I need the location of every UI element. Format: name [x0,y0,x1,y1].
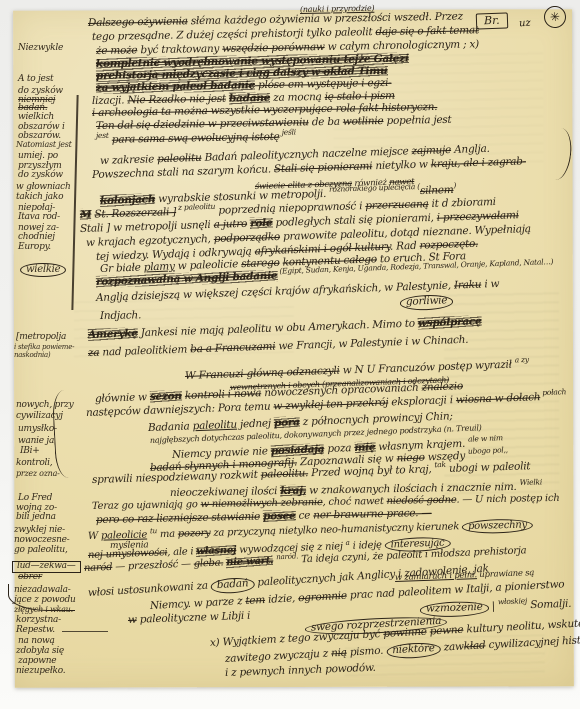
text-segment: głównie w [95,391,150,405]
text-segment: w niemożliwych zebranie [200,497,322,510]
text-segment: paleolitu. [261,467,309,480]
text-segment: cywilizacyj [16,411,63,421]
handwriting-line: gorliwie [400,294,454,310]
text-segment: zajmuje [411,144,451,157]
text-segment: wotlinie [343,115,384,128]
text-segment: x) [469,38,479,50]
text-segment: daje się o fakt temat [375,24,479,38]
handwriting-layer: Br. uz ✳ (nauki i przyrodzie)Dalszego oż… [0,0,580,709]
text-segment: Dalszego ożywienia [88,15,188,29]
text-segment: że może [96,44,138,57]
text-segment: wszędzie porównaw [222,41,325,55]
text-segment: ogromnie [298,590,347,605]
text-segment: pero co raz liczniejsze stawianie [96,511,260,526]
margin-note: niezupełko. [16,667,65,677]
margin-note: [metropolja [16,333,66,343]
text-segment: wiosna w dołach [456,391,541,406]
text-segment: M [80,209,92,221]
text-segment: kultury neolitu, wskutek [463,617,580,636]
text-segment: poza [324,442,354,455]
handwriting-line: i z pewnych innych powodów. [225,663,376,680]
text-segment: i archeologia [92,106,158,119]
text-segment: gleba. [194,557,224,569]
text-segment: w zwykłej ten przekrój [273,396,388,412]
text-segment: IBi+ [20,446,40,456]
text-segment: kraju, ale i zagrab- [431,155,527,170]
text-segment: niego [396,451,425,464]
margin-note: bili jedna [16,513,56,523]
text-segment: nad paleolitkiem [99,343,190,358]
text-segment: na nową [18,636,55,646]
text-segment: gorliwie [400,294,454,310]
text-segment: naród [84,562,113,574]
text-segment: St. Rozszerzali ] [94,206,176,221]
text-segment: sprawili niespodziewany rozkwit [92,469,261,486]
text-segment: ce [295,509,313,521]
text-segment: tak [434,460,446,469]
text-segment: pozory [178,528,211,540]
text-segment: [metropolja [16,332,66,342]
text-segment: połach [540,388,566,398]
text-segment: starego [241,257,280,270]
text-segment: znalezio [421,380,463,393]
text-segment: jące z powodu [14,595,76,605]
margin-note: Niezwykle [18,44,63,54]
text-segment: wielkich [18,112,54,122]
text-segment: i ideję [349,540,384,552]
text-segment: jeśli [279,128,296,137]
text-segment: Somalji. [527,598,572,612]
handwriting-line: w paleolityczne w Libji i [128,611,251,627]
text-segment: własnej [196,545,236,557]
margin-note: kontroli, [16,459,52,469]
text-segment: nią [331,647,347,660]
text-segment: przez ozna- [16,469,60,478]
text-segment: ma [157,529,178,541]
text-segment: Wielki [520,478,543,487]
text-segment: Repestw. [16,625,55,635]
text-segment: ner brawurne prace. — [313,507,432,521]
handwriting-line: jest para sama swą ewolucyjną istotę jeś… [96,132,296,147]
text-segment: N U Francuzów postęp wyraził [354,358,515,376]
text-segment: niektóre [386,642,441,659]
text-segment: w całym chronologicznym ; [325,38,470,53]
text-segment: , choć nawet [323,496,387,508]
text-segment: Itava rod- [18,212,60,222]
margin-note: naskodnia) [14,352,50,360]
text-segment: nieoczekiwanej ilości [170,485,281,499]
text-segment: badań [211,577,255,594]
text-segment: różnorakiego uplecięcia ( [329,182,420,194]
text-segment: podporządko [214,231,281,245]
text-segment: współpracę [418,315,482,329]
text-segment: posee [263,510,296,523]
text-segment: Anglja. [451,143,490,156]
text-segment: zwykłej nie- [14,525,65,535]
text-segment: Przed wojną był to kraj, [308,463,435,479]
text-segment: niezadawala- [14,585,71,595]
text-segment: kontroli i nowa [185,387,262,402]
text-segment: zaw [440,640,464,653]
text-segment: lizacji. [92,94,128,107]
text-segment: A to jest [18,74,53,84]
text-segment: chodniej [18,232,55,242]
margin-note: przez ozna- [16,470,60,479]
margin-note: Repestw. [16,626,55,636]
text-segment: idzie, [265,592,299,606]
text-segment: za [88,347,100,359]
text-segment: eksploracji i [388,394,456,408]
text-segment: Lo Fred [18,493,52,503]
text-segment: jest [96,131,109,140]
text-segment: plamy [144,260,175,273]
margin-note: do zysków [18,171,63,181]
text-segment: za przyczyną nietylko neo-humanistyczny … [210,521,462,539]
text-segment: role [250,217,273,230]
handwriting-line: Indjach. [100,310,141,322]
margin-note: nowych, przy [16,401,73,411]
footnote-separator [62,631,108,632]
text-segment: tem [245,594,265,607]
margin-note: Natomiast jest [16,141,72,150]
text-segment: powinne [383,626,427,640]
text-segment: niedość godne [387,495,457,507]
text-segment: niezupełko. [16,666,65,676]
margin-note: obrer [18,573,42,583]
text-segment: a jutro [213,218,247,231]
text-segment: Wypełniają [474,223,531,237]
text-segment: nietylko w [372,158,431,172]
text-segment: przerzucaną [365,198,429,212]
margin-note: cywilizacyj [16,412,63,422]
margin-note: IBi+ [20,447,40,457]
text-segment: | [488,600,498,612]
text-segment: a [345,538,349,547]
text-segment: Ten dał się dziedzinie w przeciwstawieni… [96,116,309,132]
margin-rule [71,95,78,310]
text-segment: Iraku [454,279,482,292]
text-segment: it d zbiorami [428,196,496,210]
text-segment: z paleolitu [176,202,216,212]
text-segment: obrer [18,572,42,582]
text-segment: i w [481,278,499,291]
text-segment: włoskiej [498,597,527,607]
text-segment: de ba [309,116,343,129]
text-segment: ta można wszystkie [158,104,263,118]
text-segment: Gr białe [100,261,144,275]
text-segment: pora [274,416,300,429]
text-segment: nej umysłowości [88,547,168,561]
text-segment: w głowniach [16,182,71,192]
text-segment: ba a Francuzami [190,340,276,355]
text-segment: badane [229,92,270,105]
text-segment: , ale i [167,546,196,558]
text-segment: para sama swą ewolucyjną istotę [112,131,280,146]
text-segment: cywilizacyjnej historji? [485,633,580,651]
text-segment: ale w nim [468,434,503,444]
margin-note: A to jest [18,75,53,85]
text-segment: paleolityczne w Libji i [137,610,251,626]
margin-note: takich jako [16,193,63,203]
right-parenthesis-mark [543,127,574,182]
text-segment: Badania [148,420,193,434]
text-segment: Europy. [18,242,51,252]
text-segment: W [88,531,101,542]
circled-mark-icon: ✳ [543,5,567,29]
text-segment: silnem [420,184,454,197]
text-segment: a zy [515,355,529,364]
text-segment: powszechny [462,518,533,534]
text-segment: w zakresie [100,153,158,167]
text-segment: w [339,364,354,377]
text-segment: kraj, [280,485,306,497]
margin-note: złęgych i wkau. [14,606,73,615]
text-segment: nowych, przy [16,400,73,410]
text-segment: rozpoczęto. [419,238,478,252]
reference-suffix: uz [519,18,531,30]
text-segment: pismo. [346,645,386,659]
text-segment: umysłko- [18,424,57,434]
text-segment: Stali się pionierami [274,160,373,175]
text-segment: włosi ustosunkowani za [88,579,212,598]
text-segment: takich jako [16,192,63,202]
text-segment: Teraz go ujawniają go [92,499,201,512]
text-segment: i stefika powieme- [14,343,74,351]
text-segment: w [128,614,137,626]
text-segment: historyczn. [378,101,437,114]
text-segment: jednej [237,417,275,430]
text-segment: kolonjach [100,193,156,207]
text-segment: naród. [276,551,298,561]
text-segment: kład [463,639,485,652]
text-segment: być traktowany [137,43,222,56]
text-segment: naskodnia) [14,351,50,359]
text-segment: korzystna- [16,615,61,625]
text-segment: Indjach. [100,309,141,322]
text-segment: zdobyła się [16,646,64,656]
text-segment: sezon [150,390,182,403]
text-segment: nie wart. [226,555,274,568]
text-segment: ubogo pol,, [468,446,508,457]
text-segment: umiej. po [18,151,58,161]
margin-note: umysłko- [18,425,57,435]
text-segment: ) [453,181,456,190]
margin-note: go paleolitu, [14,546,68,556]
text-segment: zapowne [18,656,56,666]
text-segment: Niezwykle [18,43,63,53]
margin-note: Europy. [18,243,51,253]
margin-note: wielkie [20,263,66,277]
text-segment: . Rad [390,240,420,253]
text-segment: wyczerpujące rola fakt [263,102,379,116]
text-segment: nowoczesne- [14,535,69,545]
text-segment: i przeczywałami [437,209,519,224]
text-segment: bili jedna [16,512,56,522]
text-segment: kontroli, [16,458,52,468]
text-segment: wanie ja [18,436,54,446]
text-segment: tu [150,526,157,535]
text-segment: Stali ] w metropolji usnęli [80,219,214,235]
text-segment: we Francji, w Palestynie i w Chinach. [275,334,468,353]
text-segment: . — U nich postęp ich [456,493,559,506]
text-segment: mię [354,441,375,454]
text-segment: popełnia jest [383,114,451,127]
text-segment: pewne [429,624,463,638]
text-segment: do zysków [18,170,63,180]
text-segment: ubogi w paleolit [446,460,531,475]
text-segment: Amerykę [88,327,138,341]
manuscript-photo: Br. uz ✳ (nauki i przyrodzie)Dalszego oż… [0,0,580,709]
text-segment: zawitego zwyczaju z [225,647,332,665]
text-segment: paleolitu [192,419,237,433]
reference-box: Br. [476,12,508,29]
text-segment: wielkie [20,263,66,277]
text-segment: — przeszłość — [112,559,194,573]
text-segment: paleolitu [157,152,202,165]
text-segment: złęgych i wkau. [14,605,73,614]
text-segment: Natomiast jest [16,140,72,149]
text-segment: za mocną [270,91,325,104]
text-segment: go paleolitu, [14,545,68,555]
margin-note: Itava rod- [18,213,60,223]
text-segment: plóse em występuje i egzi- [255,77,392,91]
